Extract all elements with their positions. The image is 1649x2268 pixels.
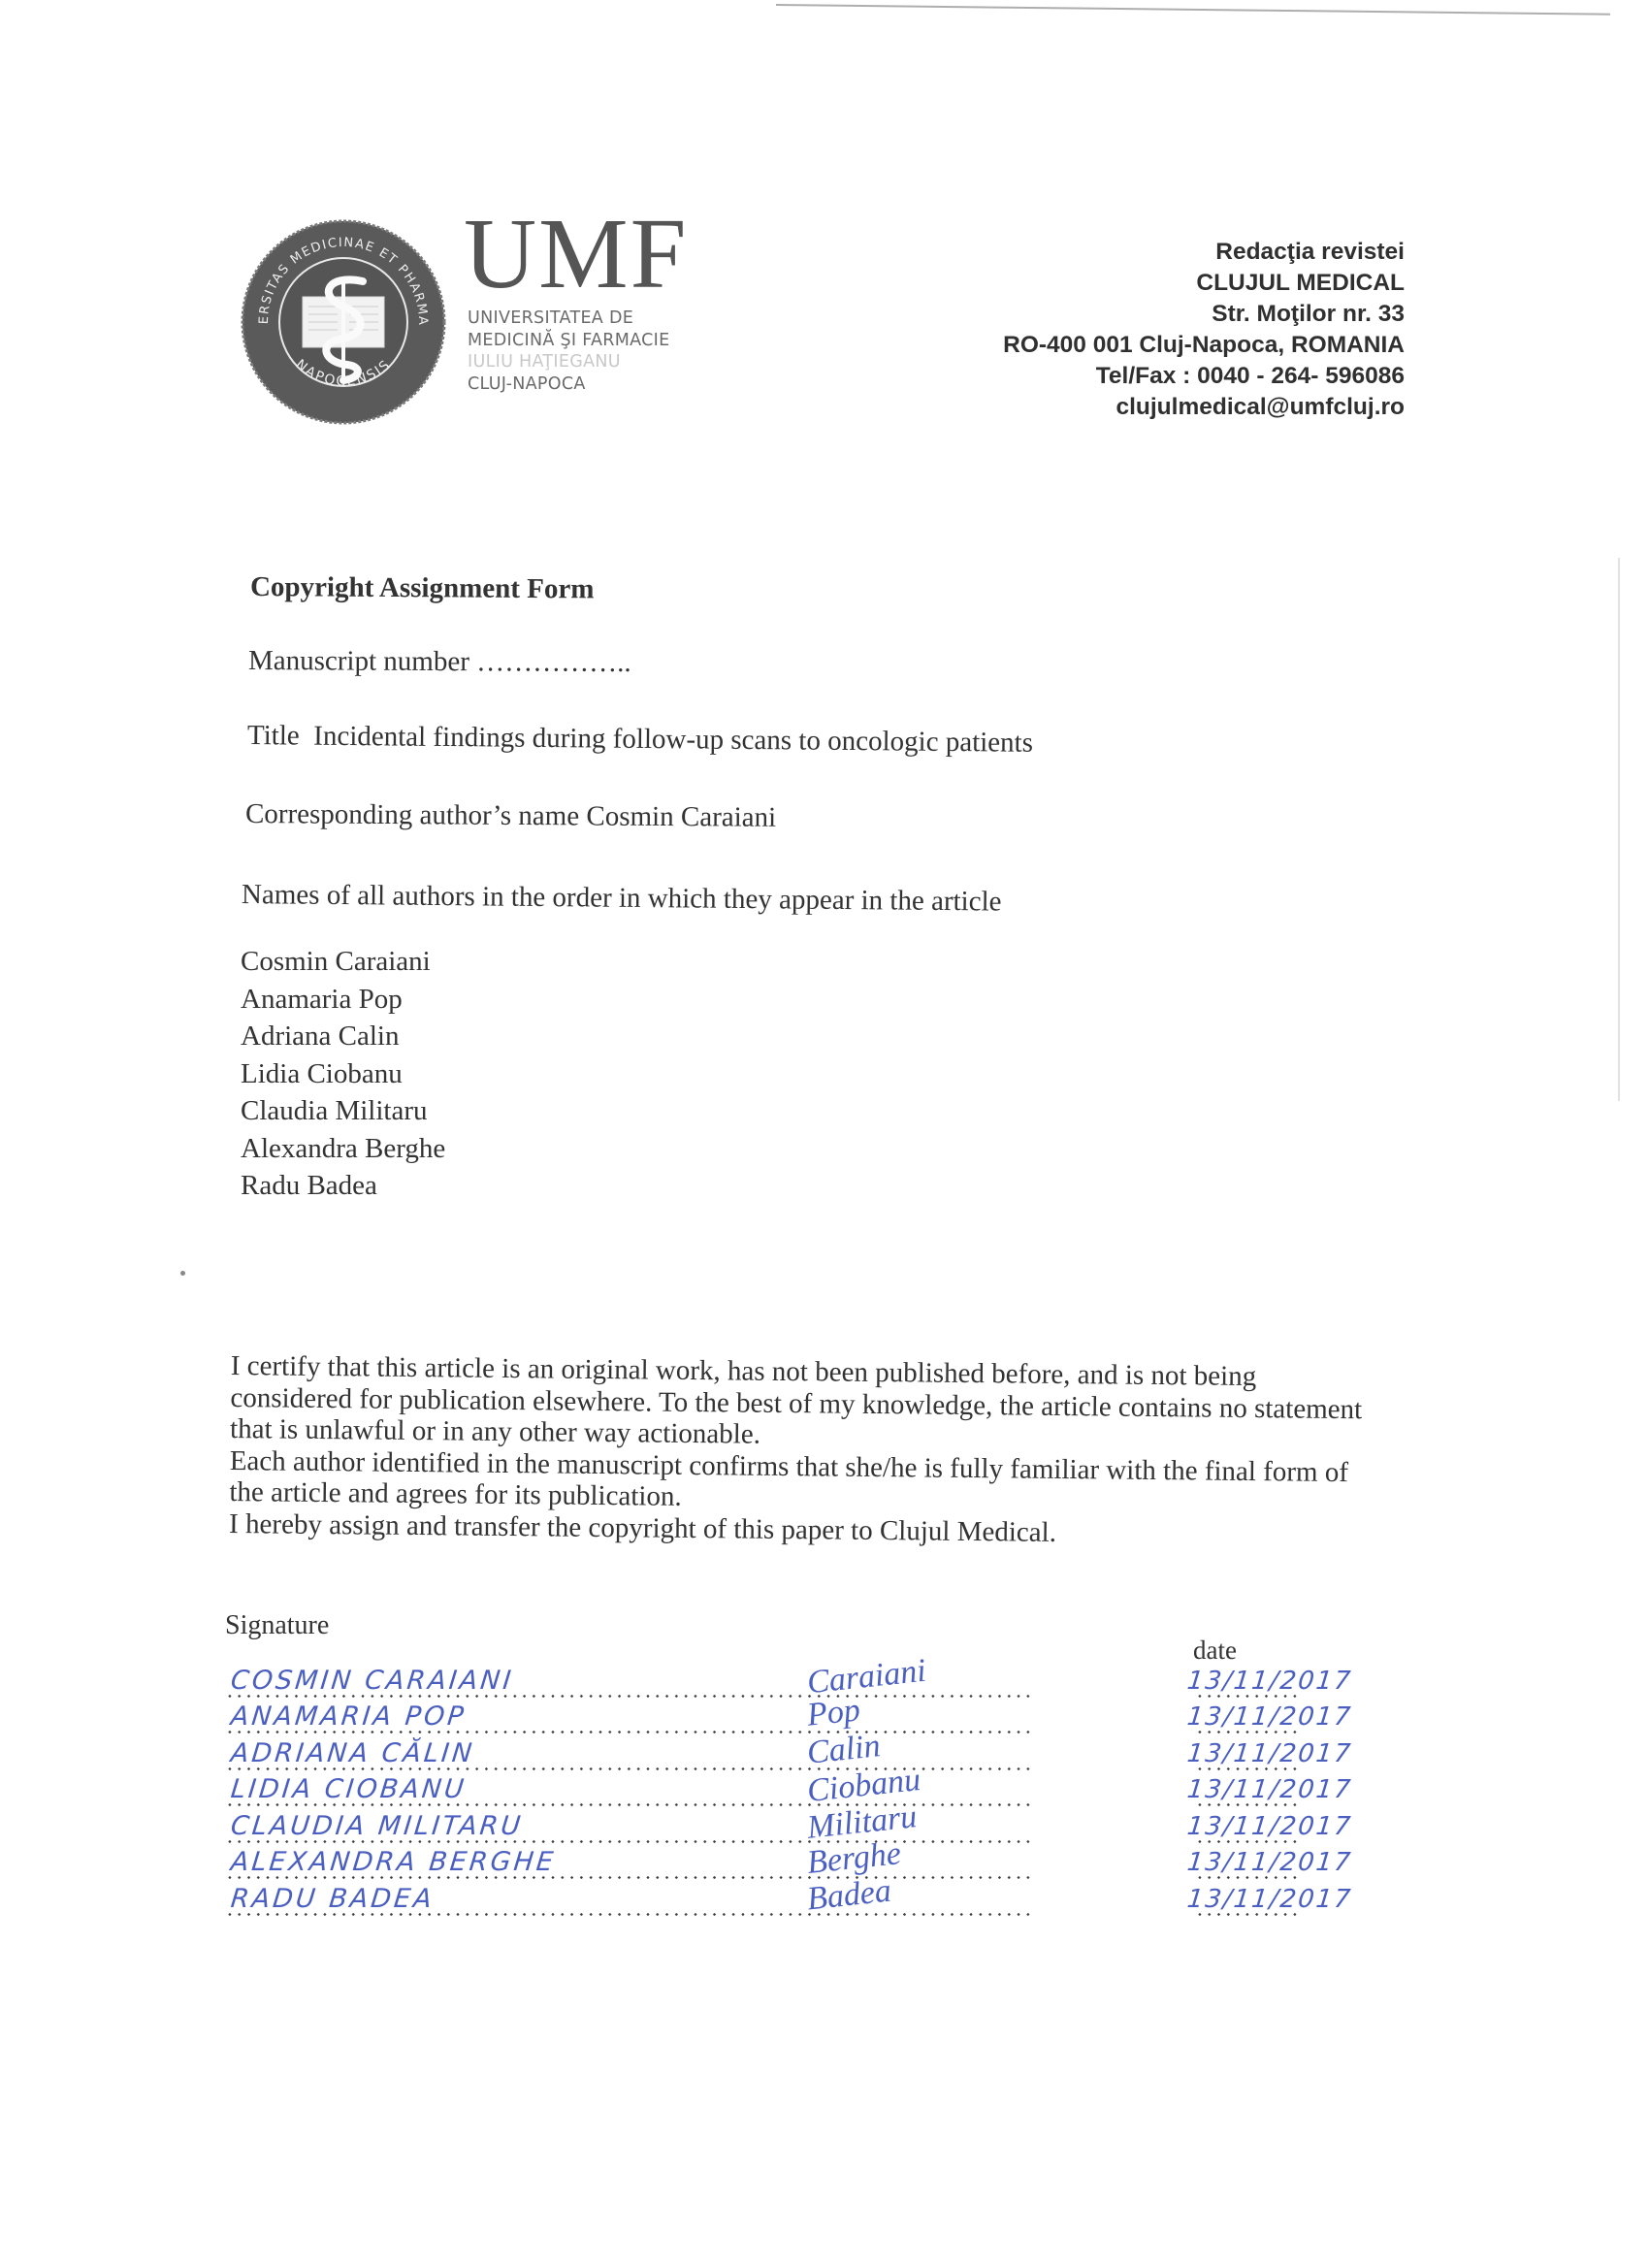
scan-fold-line: [1618, 558, 1620, 1101]
author-name: Alexandra Berghe: [241, 1130, 445, 1168]
article-title-field: Title Incidental findings during follow-…: [247, 720, 1033, 760]
scan-speck: [180, 1271, 185, 1276]
printed-name: CLAUDIA MILITARU: [229, 1811, 524, 1841]
printed-name: RADU BADEA: [229, 1884, 436, 1914]
authors-heading: Names of all authors in the order in whi…: [242, 879, 1002, 919]
scan-edge-line: [776, 4, 1610, 16]
signature-row: ALEXANDRA BERGHE Berghe 13/11/2017: [225, 1843, 1583, 1880]
author-name: Claudia Militaru: [241, 1092, 445, 1130]
signature-row: CLAUDIA MILITARU Militaru 13/11/2017: [225, 1806, 1583, 1843]
handwritten-signature: Calin: [805, 1728, 882, 1772]
printed-name: COSMIN CARAIANI: [229, 1666, 515, 1696]
printed-name: ADRIANA CĂLIN: [229, 1738, 475, 1768]
printed-name: ALEXANDRA BERGHE: [229, 1847, 557, 1877]
university-name: UNIVERSITATEA DE MEDICINĂ ŞI FARMACIE IU…: [468, 308, 669, 395]
signature-table: COSMIN CARAIANI Caraiani 13/11/2017 ANAM…: [225, 1661, 1583, 1916]
handwritten-signature: Pop: [805, 1692, 861, 1734]
author-name: Adriana Calin: [241, 1018, 445, 1055]
signature-date: 13/11/2017: [1185, 1702, 1353, 1732]
umf-logo-wordmark: UMF: [464, 204, 688, 305]
signature-row: RADU BADEA Badea 13/11/2017: [225, 1879, 1583, 1916]
author-name: Cosmin Caraiani: [241, 943, 445, 981]
journal-email: clujulmedical@umfcluj.ro: [1003, 392, 1405, 423]
printed-name: LIDIA CIOBANU: [229, 1774, 468, 1804]
signature-date: 13/11/2017: [1185, 1812, 1353, 1841]
certification-statement: I certify that this article is an origin…: [229, 1350, 1375, 1551]
signature-date: 13/11/2017: [1185, 1775, 1353, 1804]
printed-name: ANAMARIA POP: [229, 1701, 468, 1732]
author-name: Radu Badea: [241, 1167, 445, 1205]
signature-label: Signature: [225, 1610, 329, 1641]
signature-date: 13/11/2017: [1185, 1848, 1353, 1877]
signature-date: 13/11/2017: [1185, 1667, 1353, 1696]
manuscript-number-value: ……………..: [476, 646, 631, 678]
manuscript-number-field: Manuscript number ……………..: [248, 645, 631, 679]
handwritten-signature: Badea: [805, 1872, 892, 1918]
author-name: Lidia Ciobanu: [241, 1055, 445, 1093]
signature-date: 13/11/2017: [1185, 1739, 1353, 1768]
corresponding-author-field: Corresponding author’s name Cosmin Carai…: [245, 798, 776, 834]
author-name: Anamaria Pop: [241, 981, 445, 1019]
article-title-value: Incidental findings during follow-up sca…: [313, 721, 1033, 759]
signature-row: COSMIN CARAIANI Caraiani 13/11/2017: [225, 1661, 1583, 1698]
university-seal-icon: UNIVERSITAS MEDICINAE ET PHARMACIAE NAPO…: [239, 217, 448, 427]
form-title: Copyright Assignment Form: [250, 571, 595, 605]
signature-row: ANAMARIA POP Pop 13/11/2017: [225, 1698, 1583, 1734]
journal-address-block: Redacţia revistei CLUJUL MEDICAL Str. Mo…: [1003, 237, 1405, 423]
signature-date: 13/11/2017: [1185, 1885, 1353, 1914]
corresponding-author-value: Cosmin Caraiani: [586, 800, 776, 832]
author-list: Cosmin Caraiani Anamaria Pop Adriana Cal…: [241, 943, 445, 1205]
